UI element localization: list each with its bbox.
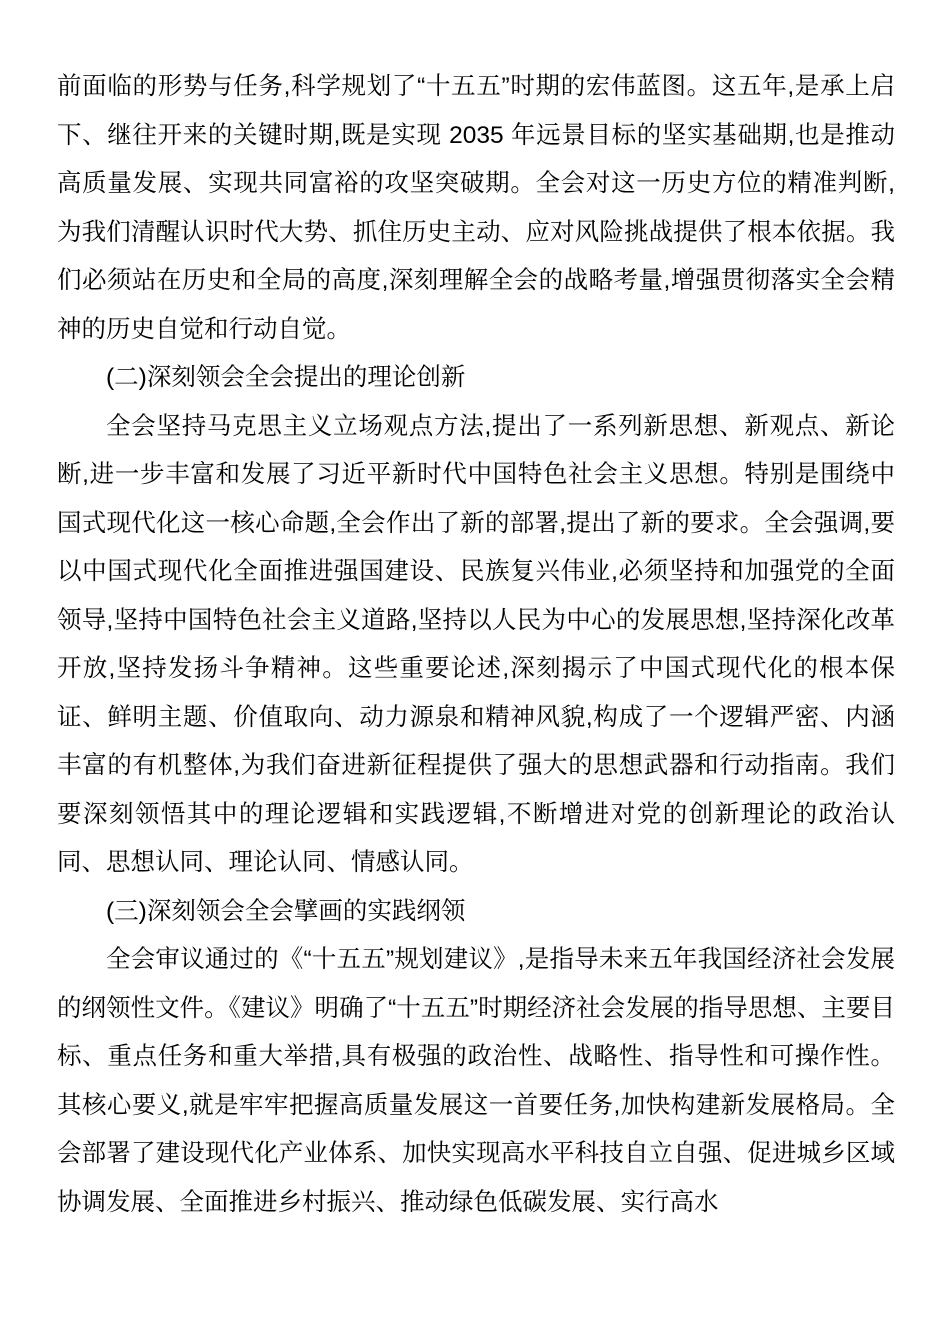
document-page: 前面临的形势与任务,科学规划了“十五五”时期的宏伟蓝图。这五年,是承上启下、继往…: [0, 0, 950, 1344]
paragraph-continuation: 前面临的形势与任务,科学规划了“十五五”时期的宏伟蓝图。这五年,是承上启下、继往…: [57, 63, 895, 354]
section-heading-3: (三)深刻领会全会擘画的实践纲领: [57, 888, 895, 937]
paragraph-theory-innovation: 全会坚持马克思主义立场观点方法,提出了一系列新思想、新观点、新论断,进一步丰富和…: [57, 403, 895, 888]
paragraph-practice-program: 全会审议通过的《“十五五”规划建议》,是指导未来五年我国经济社会发展的纲领性文件…: [57, 936, 895, 1227]
section-heading-2: (二)深刻领会全会提出的理论创新: [57, 354, 895, 403]
